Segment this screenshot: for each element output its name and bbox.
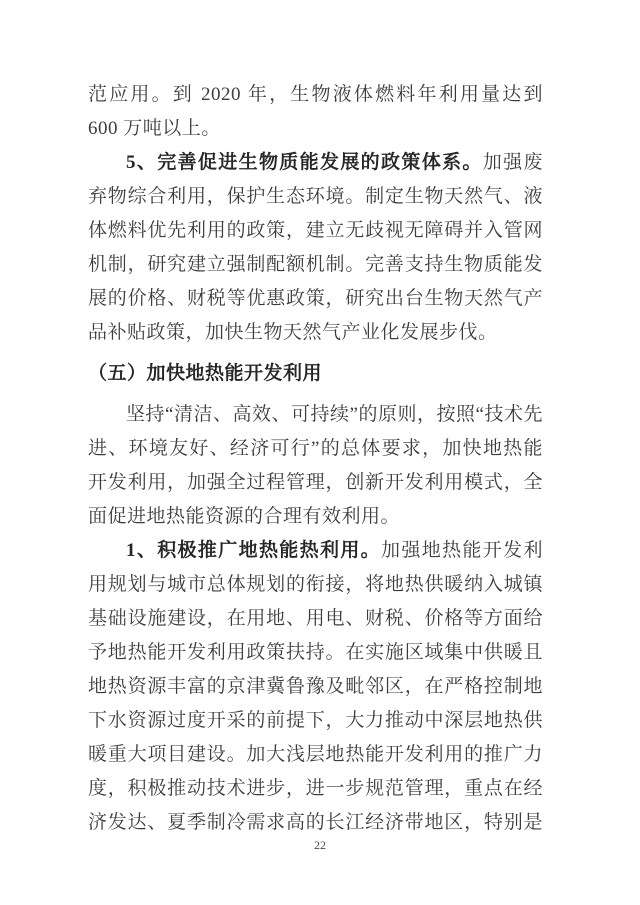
body-text: 加强废弃物综合利用，保护生态环境。制定生物天然气、液体燃料优先利用的政策，建立无… bbox=[88, 152, 543, 343]
body-text: 加强地热能开发利用规划与城市总体规划的衔接，将地热供暖纳入城镇基础设施建设，在用… bbox=[88, 540, 543, 833]
paragraph: 5、完善促进生物质能发展的政策体系。加强废弃物综合利用，保护生态环境。制定生物天… bbox=[88, 146, 543, 350]
bold-lead-text: 5、完善促进生物质能发展的政策体系。 bbox=[126, 152, 483, 173]
paragraph: 1、积极推广地热能热利用。加强地热能开发利用规划与城市总体规划的衔接，将地热供暖… bbox=[88, 534, 543, 840]
paragraph: 坚持“清洁、高效、可持续”的原则，按照“技术先进、环境友好、经济可行”的总体要求… bbox=[88, 398, 543, 534]
bold-lead-text: 1、积极推广地热能热利用。 bbox=[126, 540, 381, 561]
document-page: 范应用。到 2020 年，生物液体燃料年利用量达到 600 万吨以上。5、完善促… bbox=[0, 0, 640, 905]
body-text: 坚持“清洁、高效、可持续”的原则，按照“技术先进、环境友好、经济可行”的总体要求… bbox=[88, 404, 543, 527]
document-body: 范应用。到 2020 年，生物液体燃料年利用量达到 600 万吨以上。5、完善促… bbox=[88, 78, 543, 840]
section-heading: （五）加快地热能开发利用 bbox=[88, 357, 543, 391]
body-text: 范应用。到 2020 年，生物液体燃料年利用量达到 600 万吨以上。 bbox=[88, 84, 543, 139]
paragraph: 范应用。到 2020 年，生物液体燃料年利用量达到 600 万吨以上。 bbox=[88, 78, 543, 146]
scanned-document-page: { "page": { "number": "22", "background_… bbox=[0, 0, 640, 905]
page-number: 22 bbox=[0, 837, 640, 853]
